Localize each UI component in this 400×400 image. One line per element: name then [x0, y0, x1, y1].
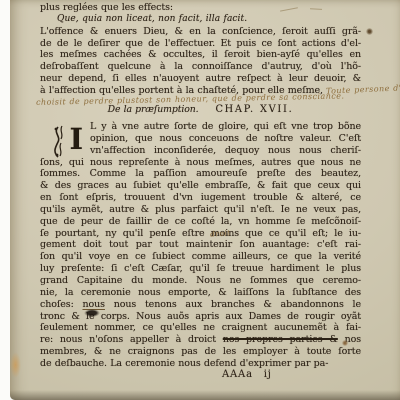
text-line: ſon qu'il voye en ce ſubiect comme aille… [40, 251, 361, 263]
text-line: ſe pourtant, ny qu'il penſe eſtre moins … [40, 228, 361, 240]
drop-cap-letter: I [70, 121, 83, 157]
text-line: qu'ils aymẽt, autre & plus parfaict qu'i… [40, 204, 361, 216]
text-line: ſons, qui nous repreſente à nous meſmes,… [40, 157, 361, 169]
foxing-spot [366, 28, 373, 35]
text-line: neur depend, ſi elles n'auoyent autre re… [40, 73, 361, 85]
text-line: L y à vne autre ſorte de gloire, qui eſt… [90, 121, 361, 133]
text-line: ſeulement nommer, ce qu'elles ne craigne… [40, 322, 361, 334]
text-segment: choſes: [40, 299, 82, 310]
chapter-title-italic: De la præſumption. [108, 104, 199, 115]
text-line: nie, la ceremonie nous emporte, & laiſſo… [40, 287, 361, 299]
text-line: que de peur de faillir de ce coſté la, v… [40, 216, 361, 228]
text-segment: nous tenons aux branches & abandonnons l… [105, 299, 361, 310]
text-line: en ſont eſpris, trouuent d'vn iugement t… [40, 192, 361, 204]
ink-struck-phrase: nos propres parties & [223, 334, 338, 345]
drop-cap-initial: I [52, 123, 86, 159]
chapter-number: CHAP. XVII. [215, 104, 293, 115]
ink-underlined-word: nous [82, 299, 104, 310]
foxing-spot [342, 340, 348, 346]
text-line: luy preſente: ſi c'eſt Cæſar, qu'il ſe t… [40, 263, 361, 275]
text-line: les meſmes cachées & occultes, il ſeroit… [40, 49, 361, 61]
main-paragraph: I L y à vne autre ſorte de gloire, qui e… [40, 121, 361, 370]
text-line: membres, & ne craignons pas de les emplo… [40, 346, 361, 358]
text-segment: re: nous n'oſons appeller à droict [40, 334, 223, 345]
text-line: plus reglées que les effects: [40, 2, 361, 14]
page-bottom-edge-shadow [10, 390, 400, 400]
latin-quote: Que, quia non liceat, non facit, illa fa… [40, 14, 361, 26]
text-line: ſommes. Comme la paſſion amoureuſe preſt… [40, 168, 361, 180]
text-line: de de le deſirer que de l'effectuer. Et … [40, 38, 361, 50]
text-line: de deſbauche. La ceremonie nous defend d… [40, 358, 361, 370]
paper-stain [10, 352, 21, 378]
first-paragraph: plus reglées que les effects: Que, quia … [40, 2, 361, 97]
handwritten-correction: droit [210, 228, 231, 238]
text-block: plus reglées que les effects: Que, quia … [40, 0, 361, 400]
chapter-heading: De la præſumption.CHAP. XVII. [40, 104, 361, 115]
text-line: vn'affection inconſiderée, dequoy nous n… [90, 145, 361, 157]
text-line: gement doit tout par tout maintenir ſon … [40, 239, 361, 251]
text-line: L'offence & enuers Dieu, & en la conſcie… [40, 26, 361, 38]
ink-blot [84, 309, 100, 317]
page-signature: AAAa ij [222, 369, 272, 380]
text-line: opinion, que nous conceuons de noſtre va… [90, 133, 361, 145]
book-page-scan: plus reglées que les effects: Que, quia … [10, 0, 400, 400]
text-line: grand Capitaine du monde. Nous ne ſommes… [40, 275, 361, 287]
text-line: deſrobaſſent quelcune à la connoiſſance … [40, 61, 361, 73]
text-line: & des graces au ſubiet qu'elle embraſſe,… [40, 180, 361, 192]
text-line-with-strikethrough: re: nous n'oſons appeller à droict nos p… [40, 334, 361, 346]
